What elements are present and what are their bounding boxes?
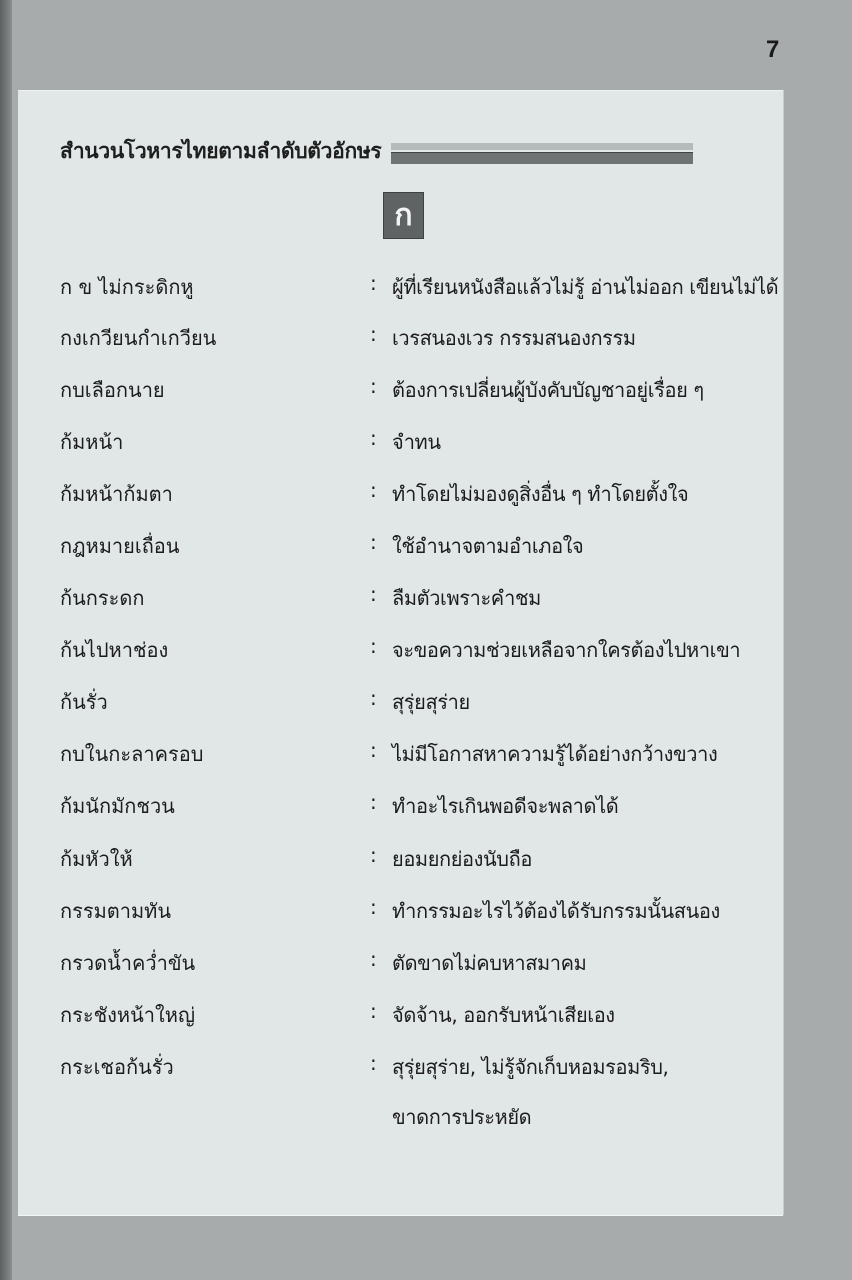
idiom-term: ก้มหัวให้ [60, 843, 133, 875]
idiom-meaning: จำทน [392, 426, 441, 458]
idiom-entry: ก้นรั่ว : สุรุ่ยสุร่าย [18, 686, 783, 726]
idiom-meaning: ใช้อำนาจตามอำเภอใจ [392, 530, 583, 562]
idiom-entry: กฎหมายเถื่อน : ใช้อำนาจตามอำเภอใจ [18, 530, 783, 570]
idiom-term: กฎหมายเถื่อน [60, 530, 179, 562]
section-header: สำนวนโวหารไทยตามลำดับตัวอักษร [60, 135, 693, 168]
idiom-entry: ก้นไปหาช่อง : จะขอความช่วยเหลือจากใครต้อ… [18, 634, 783, 674]
letter-heading: ก [383, 192, 424, 239]
idiom-meaning: สุรุ่ยสุร่าย [392, 686, 470, 718]
idiom-entry: กรรมตามทัน : ทำกรรมอะไรไว้ต้องได้รับกรรม… [18, 895, 783, 935]
idiom-entry: ก ข ไม่กระดิกหู : ผู้ที่เรียนหนังสือแล้ว… [18, 271, 783, 311]
idiom-entry: กบเลือกนาย : ต้องการเปลี่ยนผู้บังคับบัญช… [18, 374, 783, 414]
idiom-entry: กรวดน้ำคว่ำขัน : ตัดขาดไม่คบหาสมาคม [18, 947, 783, 987]
idiom-meaning: ยอมยกย่องนับถือ [392, 843, 532, 875]
title-bar-dark [391, 152, 693, 164]
idiom-term: ก้มหน้าก้มตา [60, 478, 173, 510]
separator: : [370, 686, 377, 710]
idiom-entry: กระชังหน้าใหญ่ : จัดจ้าน, ออกรับหน้าเสีย… [18, 999, 783, 1039]
idiom-term: ก้นรั่ว [60, 686, 108, 718]
idiom-entry: กบในกะลาครอบ : ไม่มีโอกาสหาความรู้ได้อย่… [18, 738, 783, 778]
separator: : [370, 790, 377, 814]
idiom-meaning: ทำอะไรเกินพอดีจะพลาดได้ [392, 790, 618, 822]
idiom-entry: ก้มนักมักชวน : ทำอะไรเกินพอดีจะพลาดได้ [18, 790, 783, 830]
idiom-meaning: เวรสนองเวร กรรมสนองกรรม [392, 322, 636, 354]
title-decoration-bar [391, 143, 693, 165]
idiom-meaning: ลืมตัวเพราะคำชม [392, 582, 541, 614]
separator: : [370, 634, 377, 658]
idiom-meaning: จะขอความช่วยเหลือจากใครต้องไปหาเขา [392, 634, 740, 666]
idiom-term: กบในกะลาครอบ [60, 738, 203, 770]
separator: : [370, 895, 377, 919]
idiom-meaning: จัดจ้าน, ออกรับหน้าเสียเอง [392, 999, 615, 1031]
separator: : [370, 1051, 377, 1075]
idiom-term: กงเกวียนกำเกวียน [60, 322, 216, 354]
idiom-term: กบเลือกนาย [60, 374, 165, 406]
idiom-meaning-continued: ขาดการประหยัด [392, 1101, 531, 1133]
idiom-meaning: ไม่มีโอกาสหาความรู้ได้อย่างกว้างขวาง [392, 738, 717, 770]
separator: : [370, 999, 377, 1023]
idiom-entry: ก้มหน้าก้มตา : ทำโดยไม่มองดูสิ่งอื่น ๆ ท… [18, 478, 783, 518]
idiom-entry: ก้นกระดก : ลืมตัวเพราะคำชม [18, 582, 783, 622]
idiom-term: กรรมตามทัน [60, 895, 171, 927]
separator: : [370, 530, 377, 554]
section-title: สำนวนโวหารไทยตามลำดับตัวอักษร [60, 135, 381, 168]
separator: : [370, 426, 377, 450]
separator: : [370, 322, 377, 346]
separator: : [370, 947, 377, 971]
page-number: 7 [766, 36, 779, 64]
idiom-meaning: ต้องการเปลี่ยนผู้บังคับบัญชาอยู่เรื่อย ๆ [392, 374, 704, 406]
idiom-meaning: ทำกรรมอะไรไว้ต้องได้รับกรรมนั้นสนอง [392, 895, 720, 927]
idiom-meaning: สุรุ่ยสุร่าย, ไม่รู้จักเก็บหอมรอมริบ, [392, 1051, 668, 1083]
idiom-term: ก้มหน้า [60, 426, 123, 458]
idiom-term: กระเชอก้นรั่ว [60, 1051, 174, 1083]
paper-insert: สำนวนโวหารไทยตามลำดับตัวอักษร ก ก ข ไม่ก… [18, 90, 783, 1215]
idiom-term: ก้นกระดก [60, 582, 144, 614]
idiom-entry: ก้มหัวให้ : ยอมยกย่องนับถือ [18, 843, 783, 883]
idiom-term: ก้นไปหาช่อง [60, 634, 168, 666]
idiom-entry: กงเกวียนกำเกวียน : เวรสนองเวร กรรมสนองกร… [18, 322, 783, 362]
separator: : [370, 374, 377, 398]
idiom-entry: กระเชอก้นรั่ว : สุรุ่ยสุร่าย, ไม่รู้จักเ… [18, 1051, 783, 1151]
idiom-term: กรวดน้ำคว่ำขัน [60, 947, 195, 979]
idiom-entry: ก้มหน้า : จำทน [18, 426, 783, 466]
idiom-term: กระชังหน้าใหญ่ [60, 999, 195, 1031]
separator: : [370, 582, 377, 606]
idiom-meaning: ตัดขาดไม่คบหาสมาคม [392, 947, 586, 979]
separator: : [370, 843, 377, 867]
idiom-meaning: ทำโดยไม่มองดูสิ่งอื่น ๆ ทำโดยตั้งใจ [392, 478, 688, 510]
separator: : [370, 271, 377, 295]
separator: : [370, 738, 377, 762]
idiom-meaning: ผู้ที่เรียนหนังสือแล้วไม่รู้ อ่านไม่ออก … [392, 271, 778, 303]
idiom-term: ก ข ไม่กระดิกหู [60, 271, 194, 303]
title-bar-light [391, 143, 693, 150]
book-spine [0, 0, 12, 1280]
separator: : [370, 478, 377, 502]
idiom-term: ก้มนักมักชวน [60, 790, 175, 822]
